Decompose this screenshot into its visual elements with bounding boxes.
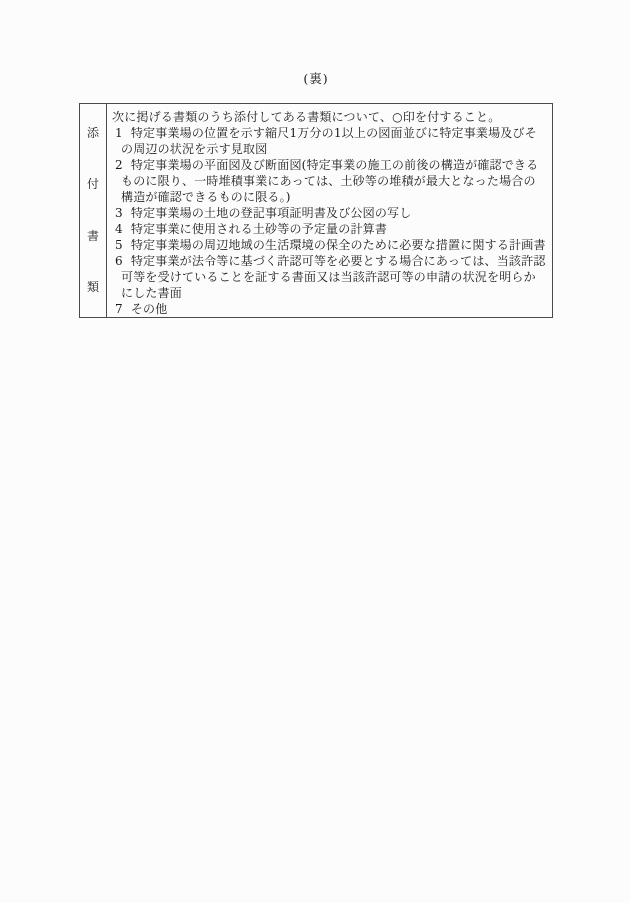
item-text: その他 <box>131 302 168 316</box>
checklist-item: 1特定事業場の位置を示す縮尺1万分の1以上の図面並びに特定事業場及びその周辺の状… <box>115 125 546 157</box>
checklist-item: 2特定事業場の平面図及び断面図(特定事業の施工の前後の構造が確認できるものに限り… <box>115 157 546 205</box>
row-header-char: 付 <box>87 178 99 191</box>
item-number: 6 <box>115 254 123 268</box>
item-number: 2 <box>115 158 123 172</box>
attachment-documents-table: 添 付 書 類 次に掲げる書類のうち添付してある書類について、○印を付すること。… <box>79 103 553 318</box>
checklist-item: 5特定事業場の周辺地域の生活環境の保全のために必要な措置に関する計画書 <box>115 237 546 253</box>
item-text: 特定事業に使用される土砂等の予定量の計算書 <box>131 222 387 236</box>
item-number: 1 <box>115 126 123 140</box>
item-text: 特定事業場の周辺地域の生活環境の保全のために必要な措置に関する計画書 <box>131 238 546 252</box>
attachment-checklist: 次に掲げる書類のうち添付してある書類について、○印を付すること。 1特定事業場の… <box>107 104 552 317</box>
item-number: 3 <box>115 206 123 220</box>
item-number: 4 <box>115 222 123 236</box>
item-text: 特定事業場の土地の登記事項証明書及び公図の写し <box>131 206 412 220</box>
item-text: 特定事業場の平面図及び断面図(特定事業の施工の前後の構造が確認できるものに限り、… <box>121 158 538 204</box>
checklist-instruction: 次に掲げる書類のうち添付してある書類について、○印を付すること。 <box>112 109 546 125</box>
checklist-item: 6特定事業が法令等に基づく許認可等を必要とする場合にあっては、当該許認可等を受け… <box>115 253 546 301</box>
checklist-item: 7その他 <box>115 301 546 317</box>
item-number: 7 <box>115 302 123 316</box>
item-text: 特定事業場の位置を示す縮尺1万分の1以上の図面並びに特定事業場及びその周辺の状況… <box>121 126 537 156</box>
checklist-item: 4特定事業に使用される土砂等の予定量の計算書 <box>115 221 546 237</box>
page-side-label: (裏) <box>79 71 553 86</box>
row-header-attachment-documents: 添 付 書 類 <box>80 104 107 317</box>
row-header-char: 類 <box>87 281 99 294</box>
document-page: { "page": { "side_label": "(裏)" }, "atta… <box>0 0 630 903</box>
row-header-char: 書 <box>87 230 99 243</box>
row-header-char: 添 <box>87 127 99 140</box>
item-text: 特定事業が法令等に基づく許認可等を必要とする場合にあっては、当該許認可等を受けて… <box>121 254 546 300</box>
item-number: 5 <box>115 238 123 252</box>
checklist-item: 3特定事業場の土地の登記事項証明書及び公図の写し <box>115 205 546 221</box>
